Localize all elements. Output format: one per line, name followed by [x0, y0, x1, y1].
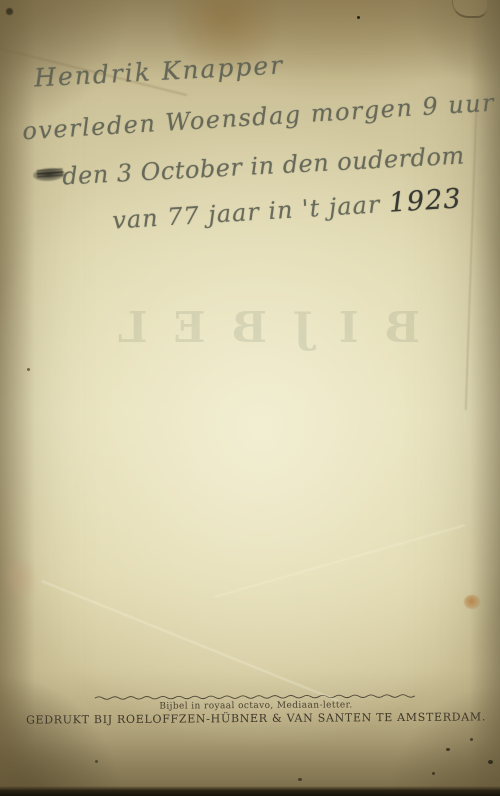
ink-speck: [95, 760, 98, 763]
ink-speck: [6, 8, 13, 15]
ink-speck: [446, 748, 450, 751]
ink-speck: [488, 760, 493, 764]
ink-speck: [470, 738, 473, 741]
book-edge-shadow: [0, 786, 500, 796]
top-right-fold-mark: [452, 0, 487, 18]
printer-imprint: Bijbel in royaal octavo, Mediaan-letter.…: [12, 692, 500, 727]
ink-speck: [298, 778, 302, 781]
imprint-line-2: GEDRUKT BIJ ROELOFFZEN-HÜBNER & VAN SANT…: [12, 710, 500, 727]
handwriting-line-1: Hendrik Knapper: [33, 50, 284, 92]
pencil-scribble-blot: [33, 167, 66, 182]
handwriting-year: 1923: [388, 183, 462, 218]
ink-speck: [357, 16, 360, 19]
faint-stain-left: [4, 552, 34, 604]
handwriting-line-4-text: van 77 jaar in 't jaar: [112, 190, 390, 235]
paper-crease: [465, 110, 477, 410]
ink-speck: [27, 368, 30, 371]
handwriting-line-4: van 77 jaar in 't jaar 1923: [111, 183, 462, 235]
paper-crease: [215, 524, 465, 598]
handwriting-line-3: den 3 October in den ouderdom: [62, 141, 466, 190]
rust-stain-spot: [464, 595, 480, 609]
show-through-title: BIJBEL: [140, 303, 420, 352]
paper-crease: [41, 580, 338, 702]
handwriting-line-2: overleden Woensdag morgen 9 uur: [22, 89, 496, 146]
ink-speck: [432, 772, 435, 775]
book-flyleaf-photo: Hendrik Knapper overleden Woensdag morge…: [0, 0, 500, 796]
